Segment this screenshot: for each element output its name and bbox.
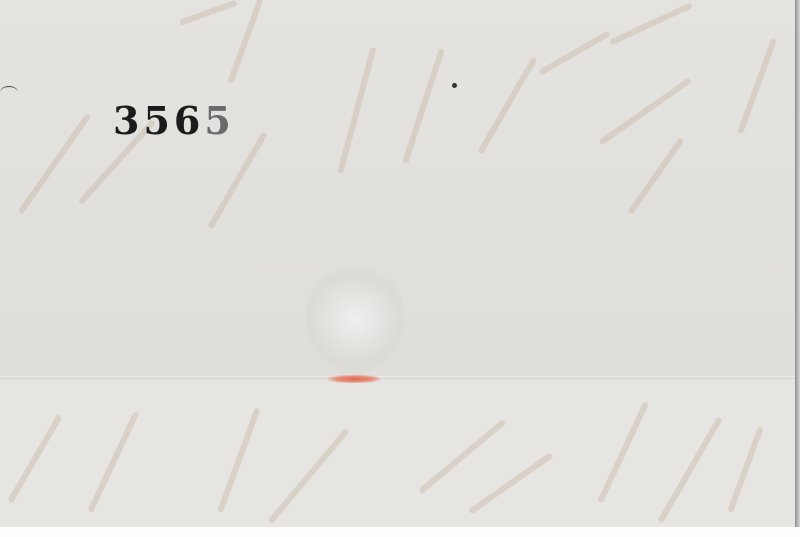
- handwriting-stroke: [87, 411, 139, 513]
- scan-margin: [0, 527, 800, 537]
- handwriting-stroke: [539, 30, 611, 75]
- handwriting-stroke: [468, 452, 553, 514]
- handwriting-stroke: [402, 48, 445, 164]
- handwriting-stroke: [418, 419, 506, 494]
- handwriting-stroke: [227, 0, 263, 84]
- handwriting-stroke: [737, 38, 777, 134]
- stamp-number: 3565: [113, 98, 235, 143]
- sheet-edge-shadow: [795, 0, 800, 537]
- handwriting-stroke: [207, 131, 267, 229]
- handwriting-stroke: [179, 0, 237, 26]
- handwriting-stroke: [609, 2, 693, 45]
- handwriting-stroke: [598, 77, 692, 145]
- handwriting-stroke: [268, 428, 350, 524]
- ink-curl-mark: [0, 86, 18, 99]
- embossed-seal: [305, 262, 405, 377]
- ink-dot: [452, 83, 457, 88]
- handwriting-stroke: [477, 56, 537, 154]
- red-wax-seal: [328, 375, 380, 383]
- handwriting-stroke: [7, 414, 62, 504]
- lower-folded-panel: [0, 379, 795, 527]
- handwriting-stroke: [337, 47, 376, 174]
- paper-sheet: 3565: [0, 0, 795, 527]
- handwriting-stroke: [597, 401, 649, 503]
- handwriting-stroke: [727, 426, 763, 513]
- handwriting-stroke: [217, 408, 260, 513]
- fold-line: [0, 376, 795, 379]
- handwriting-stroke: [628, 138, 685, 215]
- handwriting-stroke: [657, 417, 722, 524]
